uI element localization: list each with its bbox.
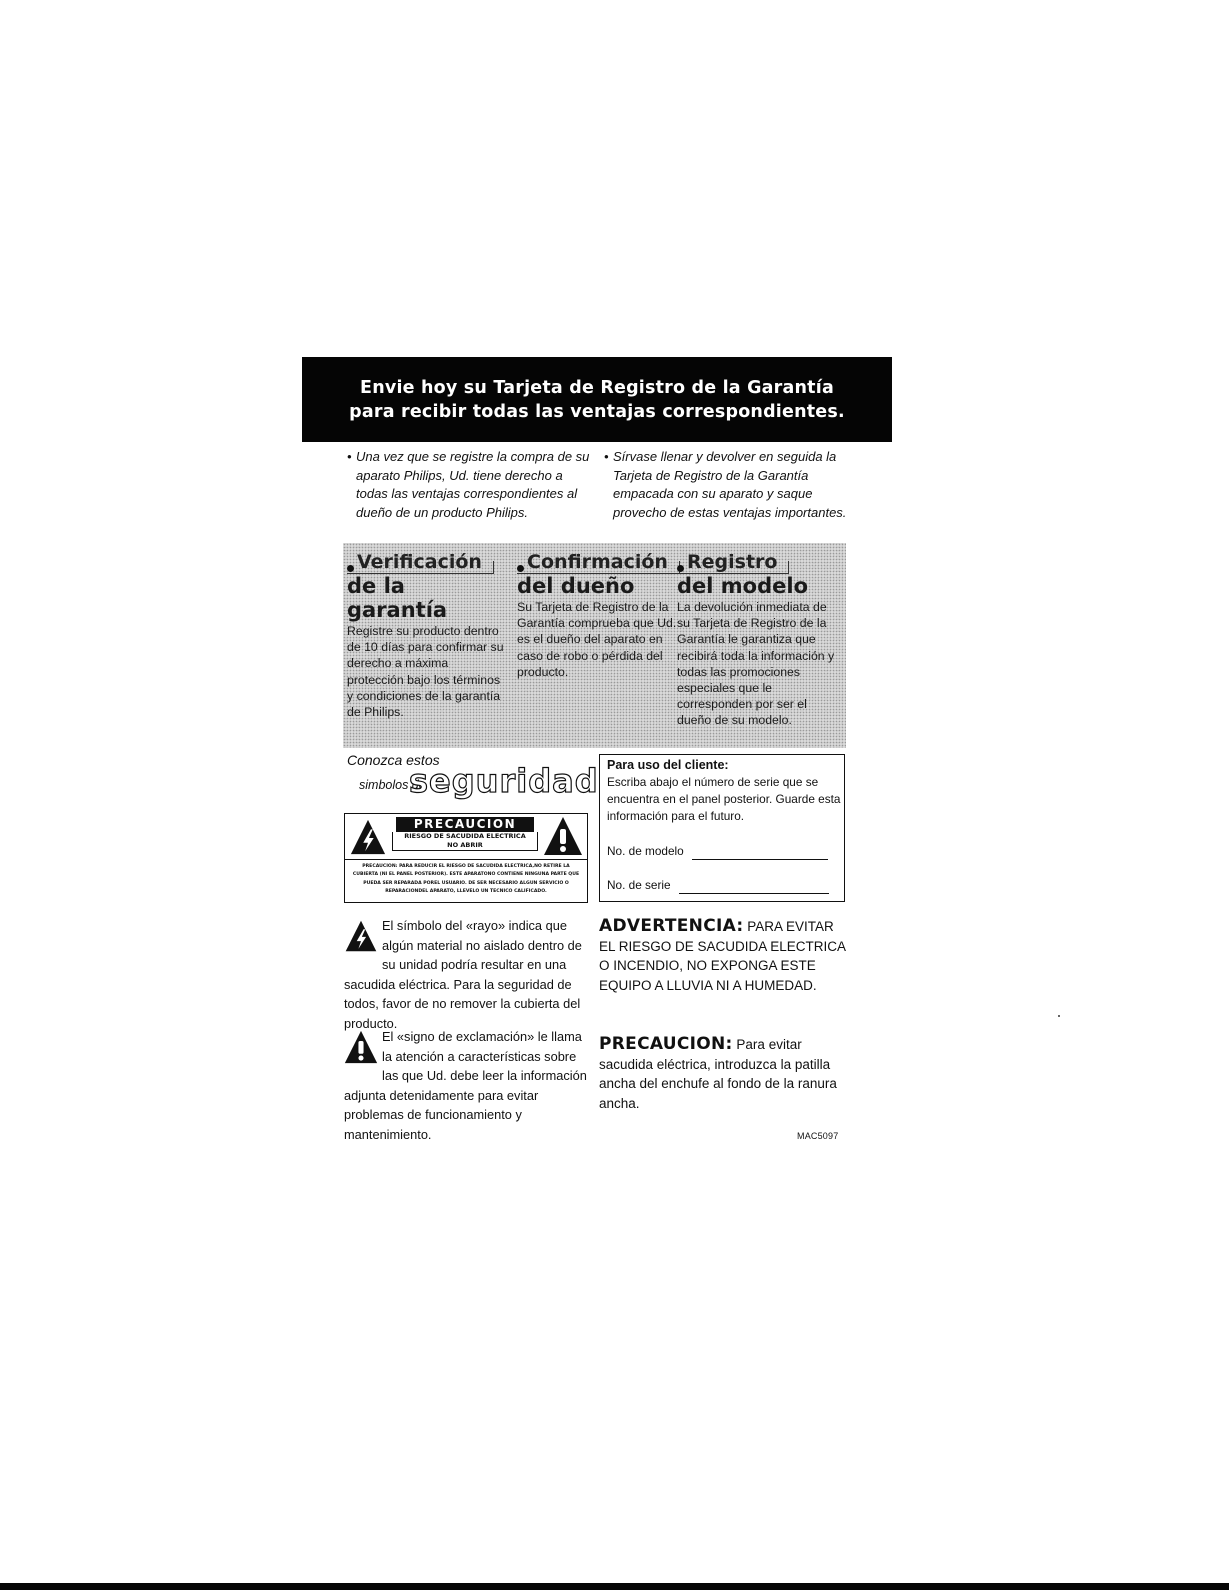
exclamation-triangle-icon [543,816,583,861]
caution-sub2: NO ABRIR [393,841,537,850]
serial-number-field: No. de serie [607,877,829,894]
caution-label: PRECAUCION RIESGO DE SACUDIDA ELECTRICA … [344,813,588,903]
bullet-dot-icon [347,565,354,572]
header-banner: Envie hoy su Tarjeta de Registro de la G… [302,357,892,442]
intro-left: • Una vez que se registre la compra de s… [356,448,596,522]
exclamation-triangle-icon [344,1030,378,1070]
advertencia-label: ADVERTENCIA: [599,916,743,936]
benefit-subtitle: de la garantía [347,574,507,622]
customer-box-description: Escriba abajo el número de serie que se … [607,774,841,825]
scan-bottom-edge [0,1583,1229,1590]
benefit-subtitle: del dueño [517,574,677,598]
bullet-icon: • [604,448,609,467]
benefit-title: Confirmación [527,551,668,573]
customer-use-box: Para uso del cliente: Escriba abajo el n… [599,754,845,902]
benefit-body: Su Tarjeta de Registro de la Garantía co… [517,599,677,680]
intro-right: • Sírvase llenar y devolver en seguida l… [613,448,853,522]
header-line-1: Envie hoy su Tarjeta de Registro de la G… [360,376,834,400]
header-line-2: para recibir todas las ventajas correspo… [349,400,845,424]
model-number-label: No. de modelo [607,843,684,860]
benefit-body: La devolución inmediata de su Tarjeta de… [677,599,842,729]
lightning-triangle-icon [349,818,387,861]
benefit-warranty-verification: Verificación de la garantía Registre su … [347,551,507,720]
precaucion-warning: PRECAUCION: Para evitar sacudida eléctri… [599,1035,849,1114]
benefit-title: Registro [687,551,777,573]
exclamation-explanation: El «signo de exclamación» le llama la at… [344,1027,592,1144]
benefit-title: Verificación [357,551,482,573]
benefit-body: Registre su producto dentro de 10 días p… [347,623,507,720]
serial-number-label: No. de serie [607,877,671,894]
scan-speck [1058,1015,1060,1017]
caution-banner: PRECAUCION [396,817,534,832]
advertencia-warning: ADVERTENCIA: PARA EVITAR EL RIESGO DE SA… [599,917,849,996]
lightning-explanation: El símbolo del «rayo» indica que algún m… [344,916,592,1033]
benefit-owner-confirmation: Confirmación del dueño Su Tarjeta de Reg… [517,551,677,680]
model-number-field: No. de modelo [607,843,828,860]
safety-symbols-heading: Conozca estos simbolos de seguridad [347,752,587,812]
bullet-icon: • [347,448,352,467]
document-code: MAC5097 [797,1131,838,1141]
lightning-triangle-icon [344,919,378,959]
precaucion-label: PRECAUCION: [599,1034,733,1054]
caution-text: PRECAUCION: PARA REDUCIR EL RIESGO DE SA… [349,863,583,897]
benefits-panel: Verificación de la garantía Registre su … [343,543,846,748]
exclamation-explanation-text: El «signo de exclamación» le llama la at… [344,1029,587,1142]
serial-number-blank [679,879,829,894]
safety-heading-word: seguridad [409,762,599,800]
benefit-subtitle: del modelo [677,574,842,598]
bullet-dot-icon [517,565,524,572]
customer-box-title: Para uso del cliente: [607,757,729,774]
lightning-explanation-text: El símbolo del «rayo» indica que algún m… [344,918,582,1031]
intro-left-text: Una vez que se registre la compra de su … [356,449,589,520]
bullet-dot-icon [677,565,684,572]
model-number-blank [692,845,828,860]
caution-sub1: RIESGO DE SACUDIDA ELECTRICA [393,832,537,841]
intro-right-text: Sírvase llenar y devolver en seguida la … [613,449,846,520]
benefit-model-registration: Registro del modelo La devolución inmedi… [677,551,842,729]
